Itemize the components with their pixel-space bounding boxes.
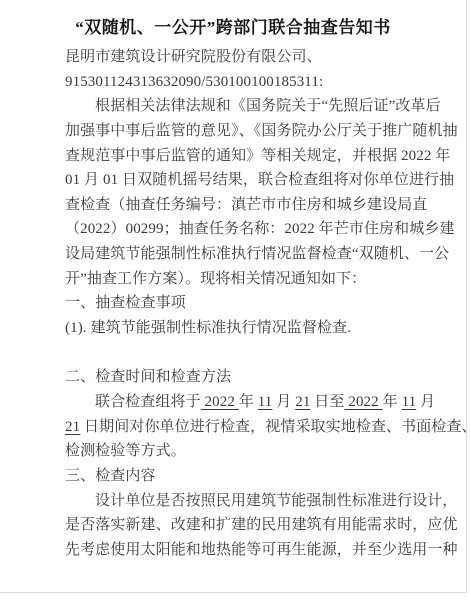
text-segment: 联合检查组将于 [95,394,201,410]
document-title: “双随机、一公开”跨部门联合抽查告知书 [0,0,466,40]
underlined-value: 11 [258,394,273,410]
text-line: （2022）00299；抽查任务名称：2022 年芒市住房和城乡建 [65,217,421,242]
text-line: 一、抽查检查事项 [65,291,421,316]
text-line: 联合检查组将于 2022 年 11 月 21 日至 2022 年 11 月 [65,390,421,415]
underlined-value: 21 [295,394,310,410]
underlined-value: 11 [402,394,417,410]
text-line: 根据相关法律法规和《国务院关于“先照后证”改革后 [65,94,421,119]
text-line: 二、检查时间和检查方法 [65,365,421,390]
text-line: 01 月 01 日双随机摇号结果，联合检查组将对你单位进行抽 [65,168,421,193]
text-line: 设计单位是否按照民用建筑节能强制性标准进行设计， [65,489,421,514]
text-segment: 年 [239,394,258,410]
document-page: “双随机、一公开”跨部门联合抽查告知书 昆明市建筑设计研究院股份有限公司、915… [0,0,467,593]
text-line: (1). 建筑节能强制性标准执行情况监督检查. [65,316,421,341]
text-segment: 年 [383,394,402,410]
document-body: 昆明市建筑设计研究院股份有限公司、915301124313632090/5301… [65,45,421,562]
underlined-value: 2022 [345,394,383,410]
text-segment: 日至 [310,394,344,410]
text-segment: 月 [272,394,295,410]
text-line: 先考虑使用太阳能和地热能等可再生能源，并至少选用一种 [65,538,421,563]
text-segment: 日期间对你单位进行检查，视情采取实地检查、书面检查、 [80,419,471,435]
text-line: 查规范事中事后监管的通知》等相关规定，并根据 2022 年 [65,144,421,169]
text-line: 设局建筑节能强制性标准执行情况监督检查“双随机、一公 [65,242,421,267]
text-line: 查检查（抽查任务编号：滇芒市市住房和城乡建设局直 [65,193,421,218]
underlined-value: 21 [65,419,80,435]
text-line: 是否落实新建、改建和扩建的民用建筑有用能需求时，应优 [65,513,421,538]
text-line: 915301124313632090/530100100185311: [65,70,421,95]
text-segment: 月 [416,394,435,410]
text-line: 三、检查内容 [65,464,421,489]
blank-line [65,341,421,366]
text-line: 昆明市建筑设计研究院股份有限公司、 [65,45,421,70]
underlined-value: 2022 [201,394,239,410]
text-line: 加强事中事后监管的意见》、《国务院办公厅关于推广随机抽 [65,119,421,144]
text-line: 21 日期间对你单位进行检查，视情采取实地检查、书面检查、 [65,415,421,440]
text-line: 检测检验等方式。 [65,439,421,464]
text-line: 开”抽查工作方案）。现将相关情况通知如下： [65,267,421,292]
